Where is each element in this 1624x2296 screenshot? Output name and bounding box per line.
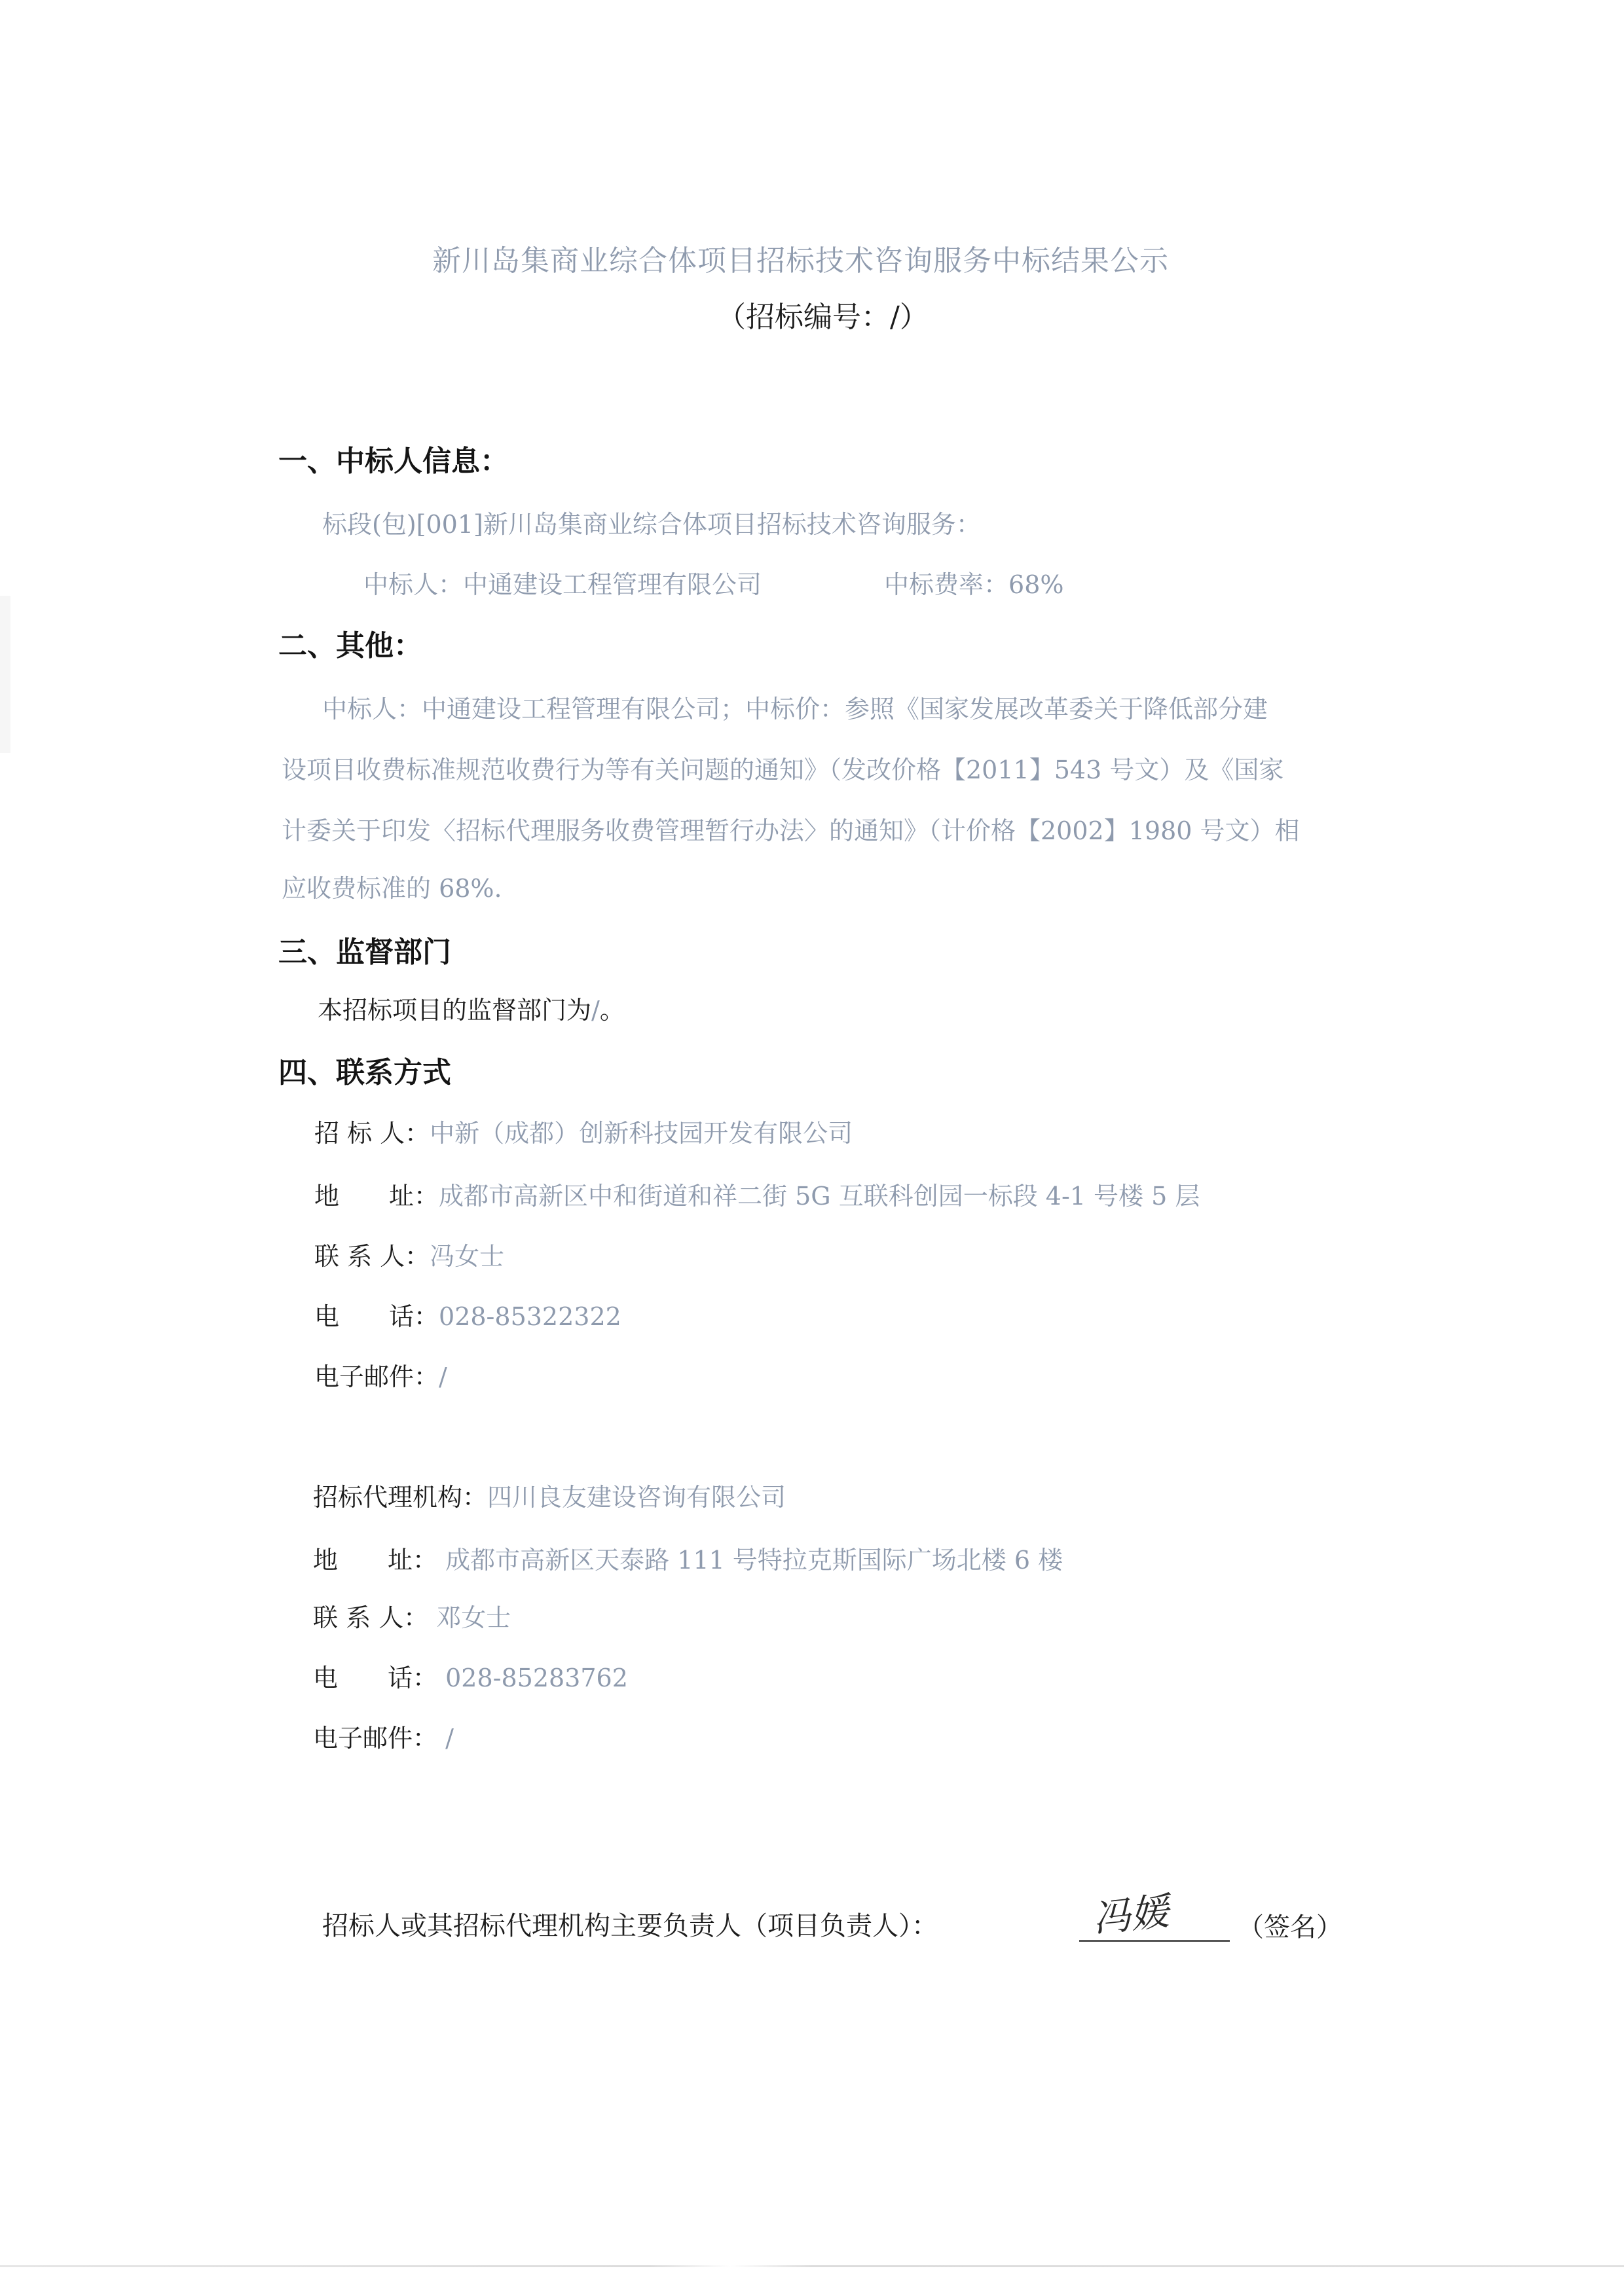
tenderer-name-label: 招 标 人： bbox=[314, 1119, 430, 1148]
agency-contact-label: 联 系 人： bbox=[313, 1603, 428, 1632]
tenderer-contact-value: 冯女士 bbox=[430, 1242, 504, 1271]
lot-line: 标段(包)[001]新川岛集商业综合体项目招标技术咨询服务： bbox=[322, 504, 981, 540]
agency-name-value: 四川良友建设咨询有限公司 bbox=[487, 1483, 786, 1512]
signature-suffix: （签名） bbox=[1238, 1906, 1342, 1944]
section-4-heading: 四、联系方式 bbox=[278, 1049, 451, 1091]
tenderer-phone-value: 028-85322322 bbox=[439, 1302, 621, 1331]
section-1-heading: 一、中标人信息： bbox=[278, 437, 509, 479]
winner-row: 中标人：中通建设工程管理有限公司 bbox=[363, 564, 762, 600]
section-3-heading: 三、监督部门 bbox=[278, 928, 451, 970]
tenderer-name-value: 中新（成都）创新科技园开发有限公司 bbox=[430, 1119, 853, 1148]
document-subtitle: （招标编号：/） bbox=[717, 293, 929, 335]
fee-rate-label: 中标费率： bbox=[884, 570, 1008, 599]
tenderer-address-label: 地 址： bbox=[314, 1182, 439, 1211]
agency-phone-row: 电 话： 028-85283762 bbox=[313, 1658, 628, 1694]
agency-address-value: 成都市高新区天泰路 111 号特拉克斯国际广场北楼 6 楼 bbox=[445, 1546, 1063, 1575]
other-line-3: 计委关于印发〈招标代理服务收费管理暂行办法〉的通知》（计价格【2002】1980… bbox=[282, 811, 1300, 847]
tenderer-contact-label: 联 系 人： bbox=[314, 1242, 430, 1271]
supervision-text: 本招标项目的监督部门为/。 bbox=[318, 990, 625, 1026]
other-line-4: 应收费标准的 68%. bbox=[282, 868, 502, 904]
agency-address-row: 地 址： 成都市高新区天泰路 111 号特拉克斯国际广场北楼 6 楼 bbox=[313, 1540, 1063, 1576]
tenderer-email-label: 电子邮件： bbox=[314, 1362, 439, 1391]
other-line-1: 中标人：中通建设工程管理有限公司；中标价：参照《国家发展改革委关于降低部分建 bbox=[322, 689, 1268, 725]
tenderer-phone-label: 电 话： bbox=[314, 1302, 439, 1331]
agency-phone-value: 028-85283762 bbox=[445, 1664, 628, 1692]
supervision-suffix: 。 bbox=[600, 996, 625, 1025]
agency-contact-row: 联 系 人： 邓女士 bbox=[313, 1597, 511, 1633]
winner-label: 中标人： bbox=[363, 570, 463, 599]
signature-underline bbox=[1079, 1940, 1230, 1942]
scan-bottom-line bbox=[0, 2265, 1624, 2267]
scan-edge-artifact bbox=[0, 596, 10, 753]
agency-email-row: 电子邮件： / bbox=[313, 1718, 454, 1754]
agency-phone-label: 电 话： bbox=[313, 1664, 437, 1692]
agency-address-label: 地 址： bbox=[313, 1546, 437, 1575]
fee-rate-value: 68% bbox=[1008, 570, 1063, 599]
agency-email-value: / bbox=[445, 1724, 454, 1753]
section-2-heading: 二、其他： bbox=[278, 622, 422, 664]
document-title: 新川岛集商业综合体项目招标技术咨询服务中标结果公示 bbox=[432, 237, 1169, 279]
handwritten-signature: 冯媛 bbox=[1090, 1880, 1171, 1943]
signature-label: 招标人或其招标代理机构主要负责人（项目负责人）： bbox=[322, 1905, 938, 1942]
tenderer-contact-row: 联 系 人：冯女士 bbox=[314, 1236, 504, 1272]
tenderer-address-row: 地 址：成都市高新区中和街道和祥二街 5G 互联科创园一标段 4-1 号楼 5 … bbox=[314, 1176, 1200, 1212]
supervision-prefix: 本招标项目的监督部门为 bbox=[318, 996, 591, 1025]
supervision-value: / bbox=[591, 996, 600, 1025]
agency-name-label: 招标代理机构： bbox=[313, 1483, 487, 1512]
tenderer-name-row: 招 标 人：中新（成都）创新科技园开发有限公司 bbox=[314, 1113, 853, 1149]
fee-rate-row: 中标费率：68% bbox=[884, 564, 1063, 600]
tenderer-phone-row: 电 话：028-85322322 bbox=[314, 1296, 621, 1332]
other-line-2: 设项目收费标准规范收费行为等有关问题的通知》（发改价格【2011】543 号文）… bbox=[282, 750, 1283, 786]
tenderer-email-value: / bbox=[439, 1362, 447, 1391]
agency-name-row: 招标代理机构：四川良友建设咨询有限公司 bbox=[313, 1477, 786, 1513]
tenderer-address-value: 成都市高新区中和街道和祥二街 5G 互联科创园一标段 4-1 号楼 5 层 bbox=[439, 1182, 1200, 1211]
winner-value: 中通建设工程管理有限公司 bbox=[463, 570, 762, 599]
agency-email-label: 电子邮件： bbox=[313, 1724, 437, 1753]
tenderer-email-row: 电子邮件：/ bbox=[314, 1357, 447, 1393]
agency-contact-value: 邓女士 bbox=[436, 1603, 511, 1632]
